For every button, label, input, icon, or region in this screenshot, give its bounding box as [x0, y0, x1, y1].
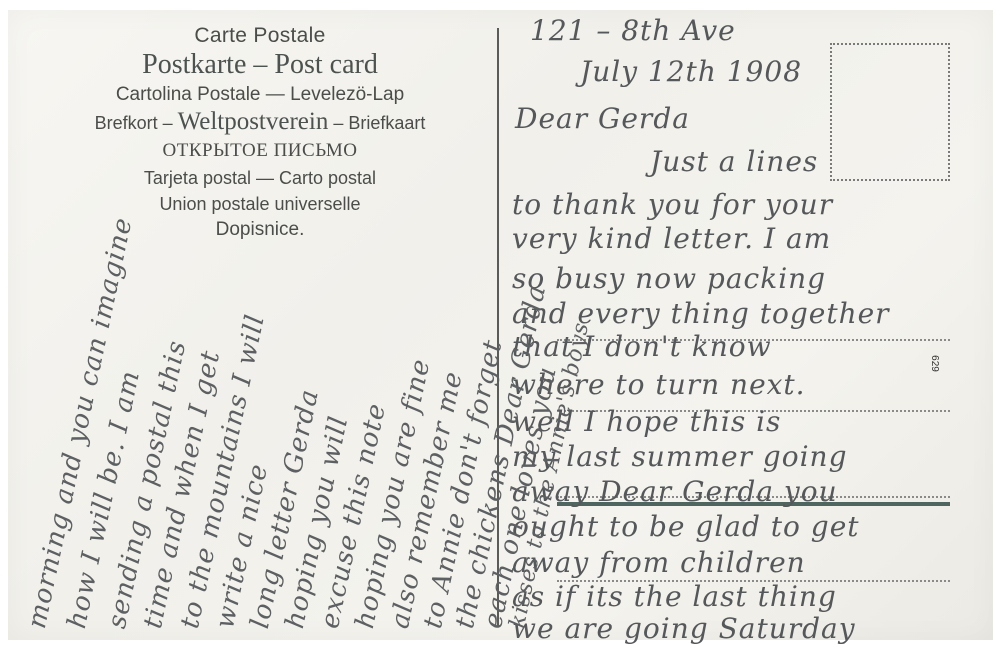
- header-levelezo: Levelezö-Lap: [290, 84, 404, 105]
- handwriting-line: as if its the last thing: [512, 580, 837, 613]
- printer-mark: 629: [929, 355, 940, 372]
- printed-header: Carte Postale Postkarte – Post card Cart…: [40, 20, 480, 243]
- header-cartolina-line: Cartolina Postale — Levelezö-Lap: [40, 82, 480, 108]
- header-separator: –: [158, 113, 178, 133]
- handwriting-line: so busy now packing: [512, 262, 826, 295]
- header-separator: —: [251, 168, 279, 188]
- stamp-box: [830, 43, 950, 181]
- header-separator: –: [328, 113, 348, 133]
- handwriting-line: away from children: [512, 546, 806, 579]
- header-separator: –: [246, 49, 274, 80]
- header-weltpostverein-line: Brefkort – Weltpostverein – Briefkaart: [40, 108, 480, 137]
- handwriting-line: to thank you for your: [512, 188, 833, 221]
- header-carte-postale: Carte Postale: [40, 24, 480, 48]
- header-post-card: Post card: [274, 49, 377, 80]
- header-union-postale: Union postale universelle: [40, 191, 480, 217]
- header-tarjeta: Tarjeta postal: [144, 168, 251, 188]
- handwriting-line: July 12th 1908: [580, 55, 802, 88]
- header-weltpostverein: Weltpostverein: [178, 108, 329, 135]
- handwriting-line: Dear Gerda: [515, 102, 690, 135]
- handwriting-line: 121 – 8th Ave: [530, 14, 736, 47]
- header-separator: —: [261, 84, 291, 105]
- handwriting-line: Just a lines: [650, 145, 818, 178]
- handwriting-line: we are going Saturday: [512, 612, 856, 645]
- header-brefkort: Brefkort: [95, 113, 158, 133]
- header-carto-postal: Carto postal: [279, 168, 376, 188]
- handwriting-line: very kind letter. I am: [512, 222, 831, 255]
- handwriting-line: ought to be glad to get: [512, 510, 860, 543]
- header-cartolina: Cartolina Postale: [116, 84, 261, 105]
- handwriting-line: that I don't know: [512, 330, 772, 363]
- header-tarjeta-line: Tarjeta postal — Carto postal: [40, 165, 480, 191]
- header-briefkaart: Briefkaart: [348, 113, 425, 133]
- header-postkarte-line: Postkarte – Post card: [40, 48, 480, 82]
- header-postkarte: Postkarte: [142, 49, 246, 80]
- header-russian: ОТКРЫТОЕ ПИСЬМО: [40, 137, 480, 165]
